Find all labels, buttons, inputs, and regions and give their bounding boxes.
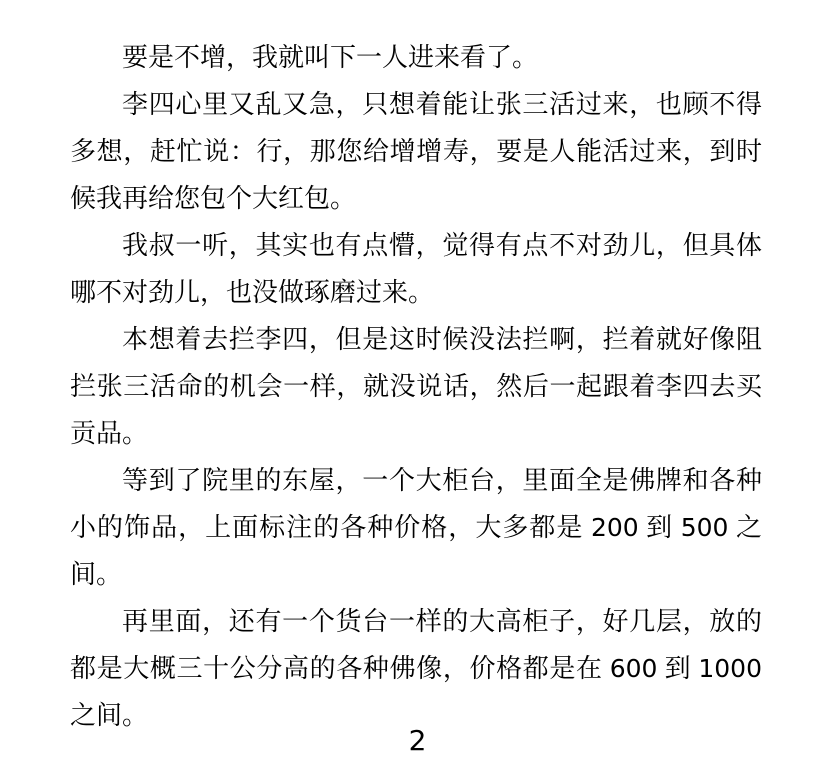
paragraph-text: 到 bbox=[657, 654, 698, 683]
paragraph-text: 我叔一听，其实也有点懵，觉得有点不对劲儿，但具体哪不对劲儿，也没做琢磨过来。 bbox=[70, 231, 762, 307]
price-value: 600 bbox=[610, 654, 658, 683]
paragraph-text: 李四心里又乱又急，只想着能让张三活过来，也顾不得多想，赶忙说：行，那您给增增寿，… bbox=[70, 90, 762, 213]
price-value: 200 bbox=[591, 513, 639, 542]
text-body: 要是不增，我就叫下一人进来看了。 李四心里又乱又急，只想着能让张三活过来，也顾不… bbox=[70, 34, 762, 739]
paragraph: 等到了院里的东屋，一个大柜台，里面全是佛牌和各种小的饰品，上面标注的各种价格，大… bbox=[70, 457, 762, 598]
price-value: 1000 bbox=[698, 654, 762, 683]
paragraph: 要是不增，我就叫下一人进来看了。 bbox=[70, 34, 762, 81]
paragraph: 本想着去拦李四，但是这时候没法拦啊，拦着就好像阻拦张三活命的机会一样，就没说话，… bbox=[70, 316, 762, 457]
paragraph-text: 到 bbox=[639, 513, 681, 542]
paragraph-text: 要是不增，我就叫下一人进来看了。 bbox=[122, 43, 538, 72]
paragraph: 我叔一听，其实也有点懵，觉得有点不对劲儿，但具体哪不对劲儿，也没做琢磨过来。 bbox=[70, 222, 762, 316]
paragraph: 李四心里又乱又急，只想着能让张三活过来，也顾不得多想，赶忙说：行，那您给增增寿，… bbox=[70, 81, 762, 222]
price-value: 500 bbox=[681, 513, 729, 542]
paragraph-text: 本想着去拦李四，但是这时候没法拦啊，拦着就好像阻拦张三活命的机会一样，就没说话，… bbox=[70, 325, 762, 448]
page-number: 2 bbox=[0, 724, 835, 764]
document-page: 要是不增，我就叫下一人进来看了。 李四心里又乱又急，只想着能让张三活过来，也顾不… bbox=[0, 0, 835, 780]
paragraph: 再里面，还有一个货台一样的大高柜子，好几层，放的都是大概三十公分高的各种佛像，价… bbox=[70, 598, 762, 739]
